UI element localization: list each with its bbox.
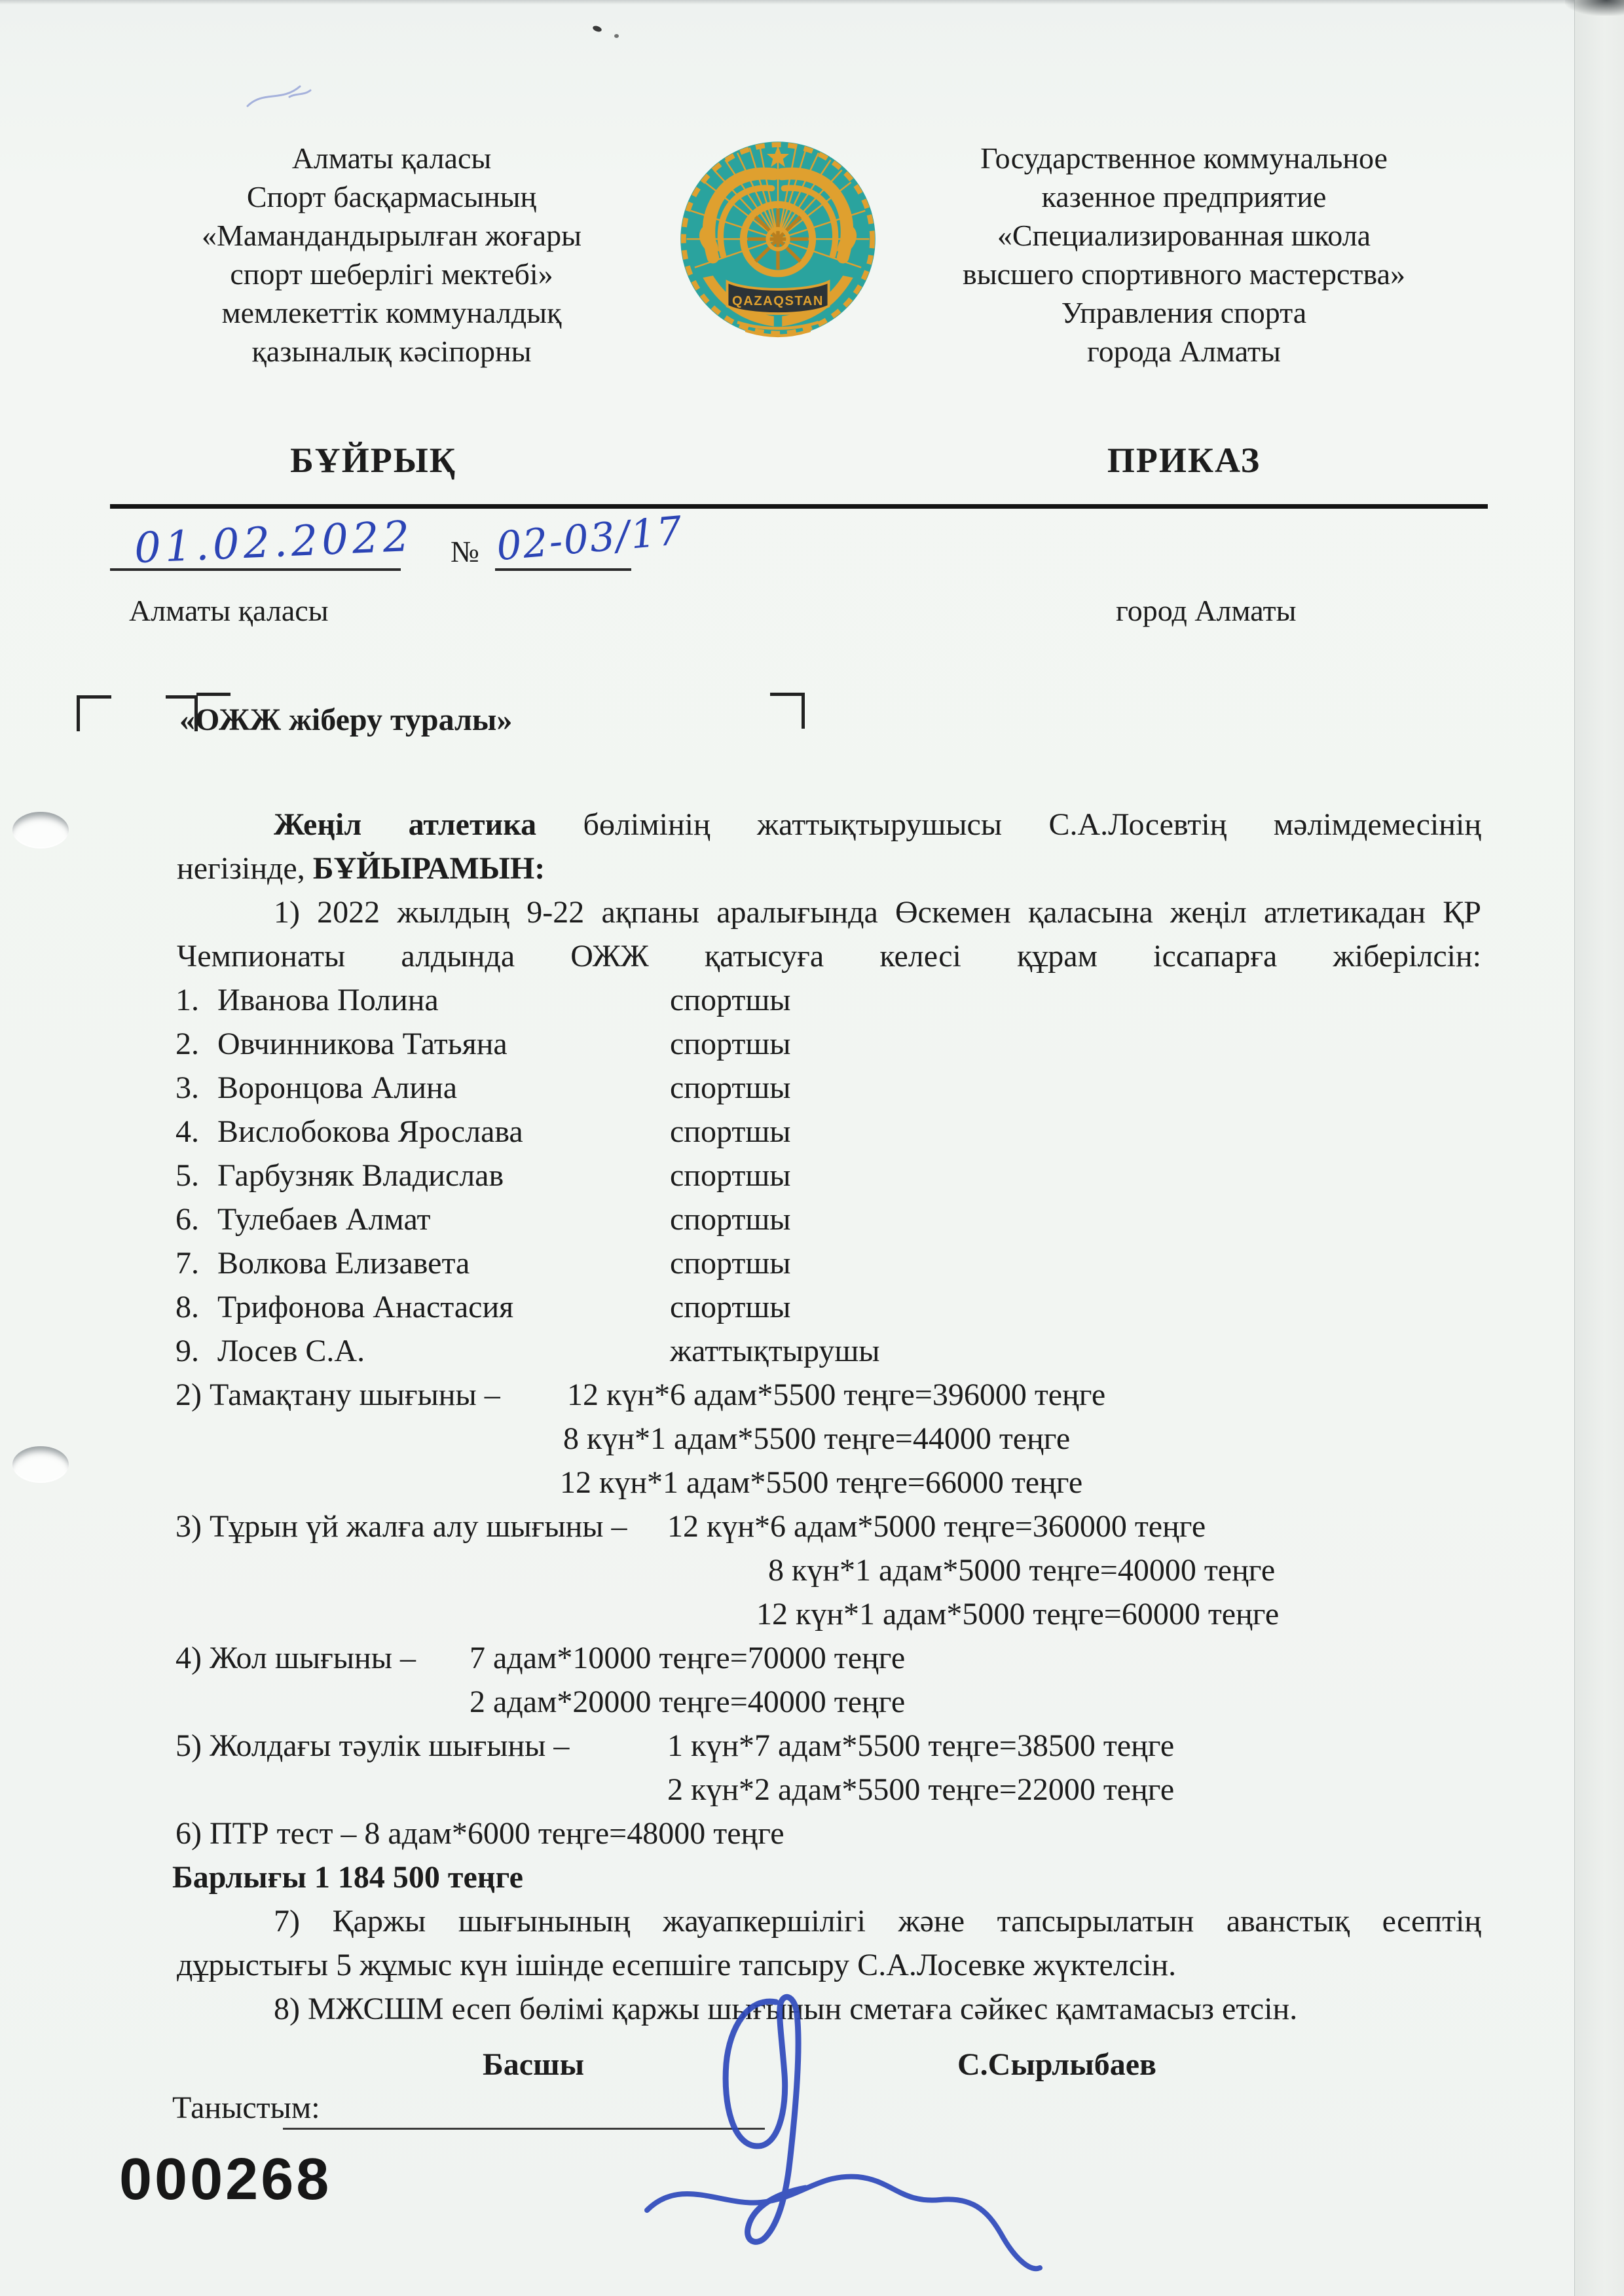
- place-kazakh: Алматы қаласы: [129, 593, 329, 628]
- doc-type-russian: ПРИКАЗ: [1079, 440, 1289, 481]
- athlete-number: 3.: [175, 1070, 199, 1106]
- letterhead-line: мемлекеттік коммуналдық: [156, 293, 627, 332]
- athlete-number: 4.: [175, 1114, 199, 1150]
- athlete-name: Лосев С.А.: [217, 1333, 365, 1369]
- expense-amount: 8 күн*1 адам*5000 теңге=40000 теңге: [768, 1552, 1275, 1588]
- paper-page: Алматы қаласы Спорт басқармасының «Маман…: [0, 0, 1624, 2296]
- athlete-name: Воронцова Алина: [217, 1070, 457, 1106]
- preamble-bold: Жеңіл атлетика: [274, 807, 536, 842]
- letterhead-line: «Специализированная школа: [948, 216, 1420, 255]
- expense-label: 2) Тамақтану шығыны –: [175, 1377, 500, 1413]
- scan-right-edge: [1574, 0, 1624, 2296]
- order-number-handwritten: 02-03/17: [494, 508, 685, 570]
- athlete-name: Иванова Полина: [217, 982, 439, 1018]
- hole-punch-bottom: [12, 1446, 69, 1483]
- letterhead-kazakh: Алматы қаласы Спорт басқармасының «Маман…: [156, 139, 627, 371]
- expense-amount: 8 күн*1 адам*5500 теңге=44000 теңге: [563, 1421, 1070, 1457]
- scan-speck: [592, 25, 602, 33]
- athlete-role: спортшы: [670, 1245, 791, 1281]
- athlete-role: спортшы: [670, 1289, 791, 1325]
- expense-label: 6) ПТР тест – 8 адам*6000 теңге=48000 те…: [175, 1815, 784, 1851]
- expense-label: 4) Жол шығыны –: [175, 1640, 416, 1676]
- place-russian: город Алматы: [1116, 593, 1297, 628]
- scan-corner-smudge: [1565, 0, 1624, 16]
- athlete-name: Гарбузняк Владислав: [217, 1157, 504, 1194]
- scan-speck: [614, 34, 619, 38]
- letterhead-line: города Алматы: [948, 332, 1420, 371]
- total-line: Барлығы 1 184 500 теңге: [172, 1859, 523, 1895]
- athlete-role: жаттықтырушы: [670, 1333, 880, 1369]
- header-rule: [110, 504, 1488, 509]
- expense-label: 5) Жолдағы тәулік шығыны –: [175, 1728, 569, 1764]
- kazakhstan-emblem-icon: QAZAQSTAN: [676, 137, 879, 344]
- letterhead-russian: Государственное коммунальное казенное пр…: [948, 139, 1420, 371]
- corner-mark-left: [77, 695, 111, 731]
- athlete-name: Овчинникова Татьяна: [217, 1026, 507, 1062]
- item7-line-1: 7) Қаржы шығынының жауапкершілігі және т…: [274, 1903, 1481, 1939]
- scan-top-shadow: [0, 0, 1624, 5]
- number-sign: №: [451, 534, 479, 569]
- athlete-number: 9.: [175, 1333, 199, 1369]
- preamble-line-2: негізінде, БҰЙЫРАМЫН:: [177, 850, 545, 886]
- item1-line-1: 1) 2022 жылдың 9-22 ақпаны аралығында Өс…: [274, 894, 1481, 930]
- expense-amount: 7 адам*10000 теңге=70000 теңге: [470, 1640, 905, 1676]
- athlete-name: Вислобокова Ярослава: [217, 1114, 523, 1150]
- athlete-name: Трифонова Анастасия: [217, 1289, 513, 1325]
- doc-number-stamp: 000268: [119, 2146, 331, 2214]
- expense-amount: 12 күн*6 адам*5000 теңге=360000 теңге: [667, 1508, 1206, 1544]
- expense-amount: 12 күн*1 адам*5500 теңге=66000 теңге: [560, 1465, 1082, 1501]
- expense-amount: 12 күн*6 адам*5500 теңге=396000 теңге: [567, 1377, 1105, 1413]
- emblem-banner-text: QAZAQSTAN: [732, 294, 824, 308]
- acknowledged-label: Таныстым:: [172, 2090, 320, 2126]
- letterhead-line: высшего спортивного мастерства»: [948, 255, 1420, 293]
- expense-amount: 12 күн*1 адам*5000 теңге=60000 теңге: [756, 1596, 1279, 1632]
- athlete-name: Волкова Елизавета: [217, 1245, 470, 1281]
- scanned-order-document: { "colors":{ "ink":"#1c1c1c", "handwriti…: [0, 0, 1624, 2296]
- date-underline: [110, 568, 401, 571]
- athlete-role: спортшы: [670, 1070, 791, 1106]
- pen-squiggle-mark: [244, 77, 316, 117]
- letterhead-line: Управления спорта: [948, 293, 1420, 332]
- preamble2-pre: негізінде,: [177, 851, 305, 886]
- athlete-number: 6.: [175, 1201, 199, 1237]
- letterhead-line: Алматы қаласы: [156, 139, 627, 177]
- corner-mark-right: [770, 693, 805, 729]
- athlete-name: Тулебаев Алмат: [217, 1201, 430, 1237]
- letterhead-line: Спорт басқармасының: [156, 177, 627, 216]
- expense-amount: 1 күн*7 адам*5500 теңге=38500 теңге: [667, 1728, 1174, 1764]
- letterhead-line: казенное предприятие: [948, 177, 1420, 216]
- hole-punch-top: [12, 812, 69, 848]
- doc-type-kazakh: БҰЙРЫҚ: [268, 440, 478, 481]
- corner-mark-overline: [196, 693, 231, 696]
- letterhead-line: қазыналық кәсіпорны: [156, 332, 627, 371]
- athlete-role: спортшы: [670, 1201, 791, 1237]
- preamble-line-1: Жеңіл атлетика бөлімінің жаттықтырушысы …: [274, 807, 1481, 843]
- athlete-role: спортшы: [670, 1157, 791, 1194]
- number-underline: [495, 568, 631, 571]
- signature-ink: [609, 1977, 1133, 2285]
- athlete-number: 8.: [175, 1289, 199, 1325]
- order-title: «ОЖЖ жіберу туралы»: [179, 702, 512, 738]
- expense-amount: 2 күн*2 адам*5500 теңге=22000 теңге: [667, 1772, 1174, 1808]
- athlete-number: 7.: [175, 1245, 199, 1281]
- athlete-role: спортшы: [670, 1114, 791, 1150]
- athlete-number: 2.: [175, 1026, 199, 1062]
- expense-label: 3) Тұрын үй жалға алу шығыны –: [175, 1508, 627, 1544]
- letterhead-line: спорт шеберлігі мектебі»: [156, 255, 627, 293]
- item1-line-2: Чемпионаты алдында ОЖЖ қатысуға келесі қ…: [177, 938, 1481, 974]
- athlete-role: спортшы: [670, 982, 791, 1018]
- letterhead-line: Государственное коммунальное: [948, 139, 1420, 177]
- athlete-number: 1.: [175, 982, 199, 1018]
- preamble2-bold: БҰЙЫРАМЫН:: [313, 851, 545, 886]
- athlete-role: спортшы: [670, 1026, 791, 1062]
- preamble-rest: бөлімінің жаттықтырушысы С.А.Лосевтің мә…: [583, 807, 1482, 842]
- letterhead-line: «Мамандандырылған жоғары: [156, 216, 627, 255]
- expense-amount: 2 адам*20000 теңге=40000 теңге: [470, 1684, 905, 1720]
- athlete-number: 5.: [175, 1157, 199, 1194]
- date-handwritten: 01.02.2022: [134, 513, 415, 574]
- signer-role: Басшы: [483, 2047, 584, 2083]
